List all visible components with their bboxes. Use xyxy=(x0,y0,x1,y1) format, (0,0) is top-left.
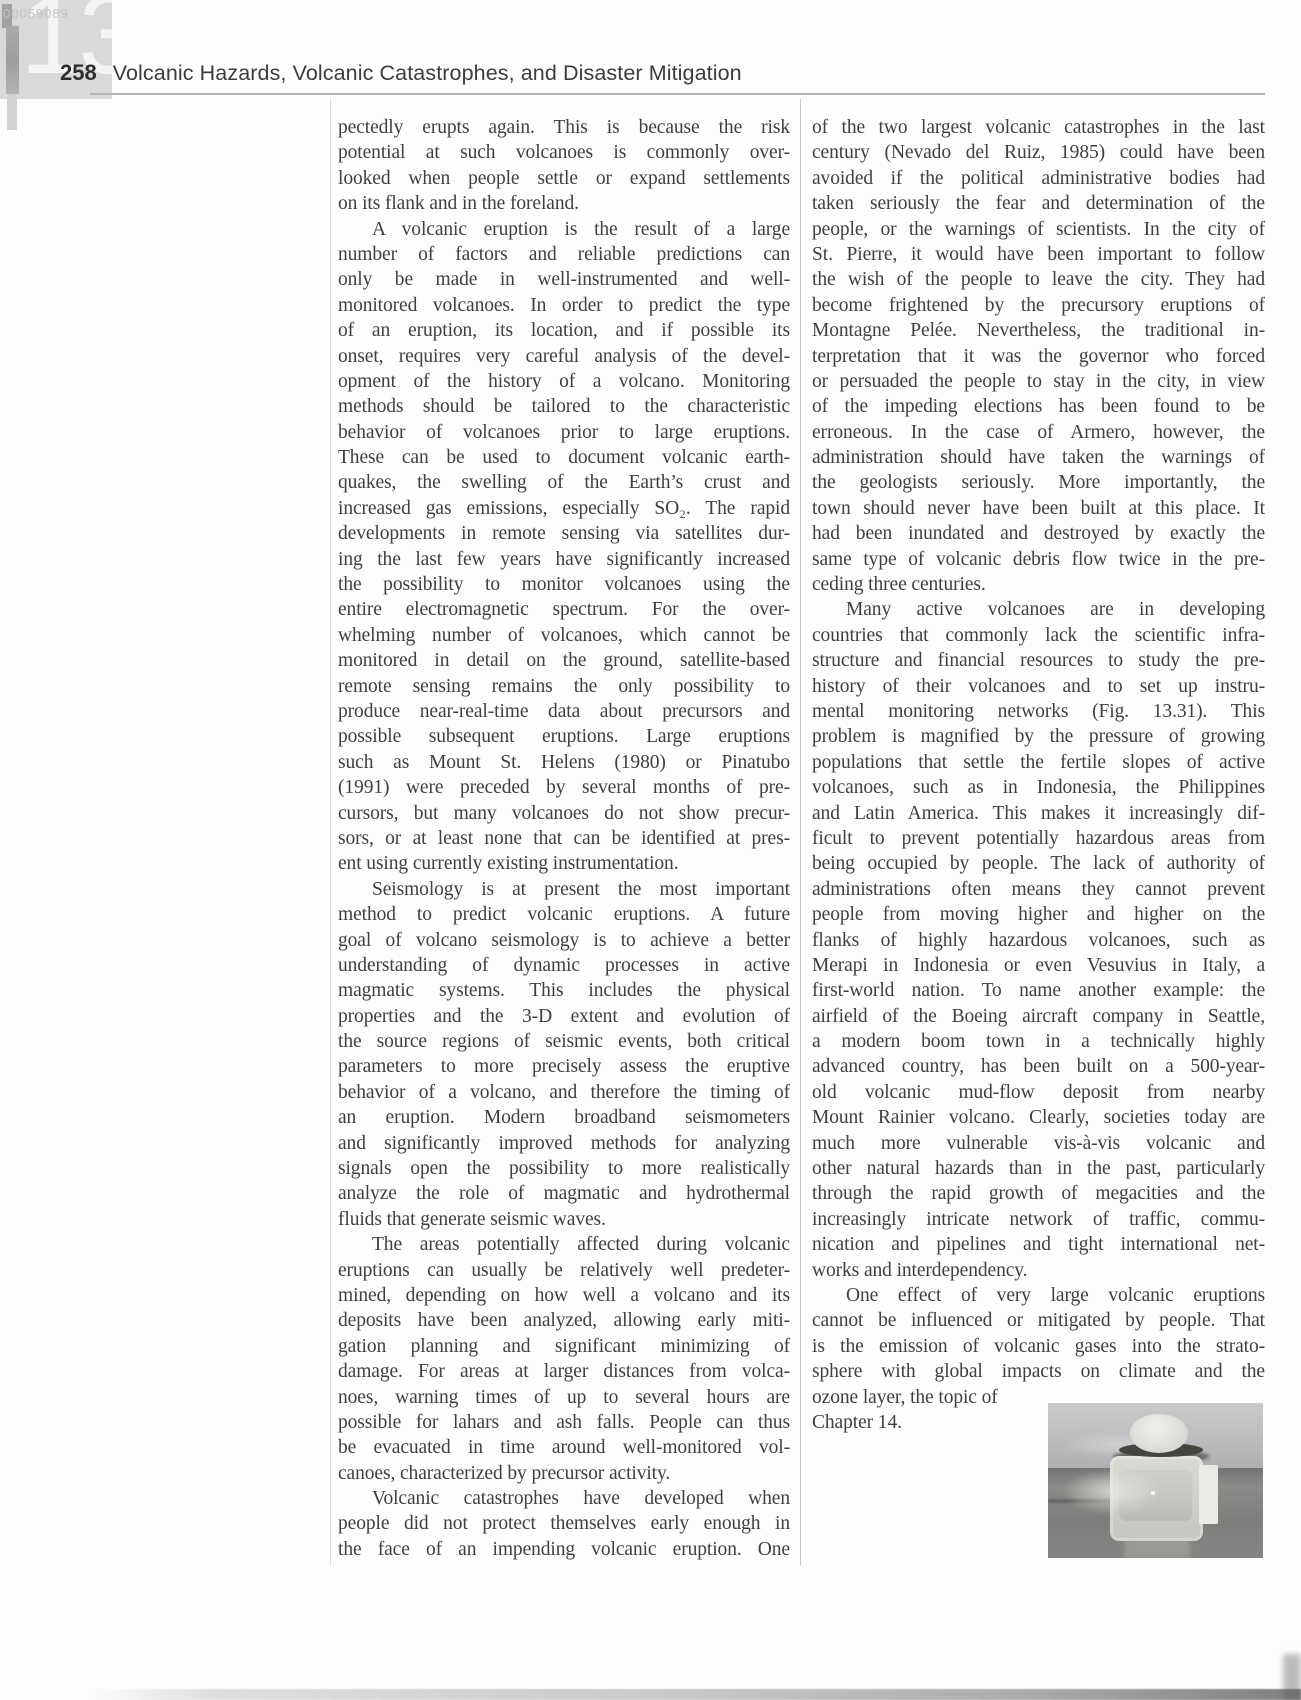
text-line: of an eruption, its location, and if pos… xyxy=(338,318,790,343)
text-line: looked when people settle or expand sett… xyxy=(338,166,790,191)
left-text-column: pectedly erupts again. This is because t… xyxy=(338,115,790,1562)
text-line: first-world nation. To name another exam… xyxy=(812,978,1265,1003)
page-title: Volcanic Hazards, Volcanic Catastrophes,… xyxy=(113,61,742,86)
text-line: behavior of volcanoes prior to large eru… xyxy=(338,420,790,445)
text-line: being occupied by people. The lack of au… xyxy=(812,851,1265,876)
text-line: countries that commonly lack the scienti… xyxy=(812,623,1265,648)
text-line: on its flank and in the foreland. xyxy=(338,191,790,216)
text-line: taken seriously the fear and determinati… xyxy=(812,191,1265,216)
bottom-scan-shadow xyxy=(88,1689,1301,1700)
text-line: works and interdependency. xyxy=(812,1258,1265,1283)
text-line: the face of an impending volcanic erupti… xyxy=(338,1537,790,1562)
text-line: people did not protect themselves early … xyxy=(338,1511,790,1536)
text-line: advanced country, has been built on a 50… xyxy=(812,1054,1265,1079)
text-line: ent using currently existing instrumenta… xyxy=(338,851,790,876)
text-line: increasingly intricate network of traffi… xyxy=(812,1207,1265,1232)
text-line: developments in remote sensing via satel… xyxy=(338,521,790,546)
text-line: other natural hazards than in the past, … xyxy=(812,1156,1265,1181)
text-line: people, or the warnings of scientists. I… xyxy=(812,217,1265,242)
photo-haze xyxy=(1061,1468,1164,1515)
text-line: fluids that generate seismic waves. xyxy=(338,1207,790,1232)
text-line: The areas potentially affected during vo… xyxy=(338,1232,790,1257)
text-line: mental monitoring networks (Fig. 13.31).… xyxy=(812,699,1265,724)
text-line: (1991) were preceded by several months o… xyxy=(338,775,790,800)
text-line: avoided if the political administrative … xyxy=(812,166,1265,191)
text-line: become frightened by the precursory erup… xyxy=(812,293,1265,318)
text-line: entire electromagnetic spectrum. For the… xyxy=(338,597,790,622)
text-line: the source regions of seismic events, bo… xyxy=(338,1029,790,1054)
field-instrument-photo xyxy=(1048,1403,1263,1558)
text-line: methods should be tailored to the charac… xyxy=(338,394,790,419)
text-line: erroneous. In the case of Armero, howeve… xyxy=(812,420,1265,445)
text-line: ceding three centuries. xyxy=(812,572,1265,597)
text-line: magmatic systems. This includes the phys… xyxy=(338,978,790,1003)
binding-shadow-strip xyxy=(6,26,19,94)
text-line: populations that settle the fertile slop… xyxy=(812,750,1265,775)
text-line: Volcanic catastrophes have developed whe… xyxy=(338,1486,790,1511)
text-line: canoes, characterized by precursor activ… xyxy=(338,1461,790,1486)
text-line: increased gas emissions, especially SO₂.… xyxy=(338,496,790,521)
header-rule xyxy=(90,93,1265,95)
text-line: century (Nevado del Ruiz, 1985) could ha… xyxy=(812,140,1265,165)
text-line: people from moving higher and higher on … xyxy=(812,902,1265,927)
book-page: 13 00059089 258 Volcanic Hazards, Volcan… xyxy=(0,0,1301,1700)
text-line: had been inundated and destroyed by exac… xyxy=(812,521,1265,546)
text-line: possible subsequent eruptions. Large eru… xyxy=(338,724,790,749)
text-line: onset, requires very careful analysis of… xyxy=(338,344,790,369)
text-line: an eruption. Modern broadband seismomete… xyxy=(338,1105,790,1130)
text-line: One effect of very large volcanic erupti… xyxy=(812,1283,1265,1308)
text-line: behavior of a volcano, and therefore the… xyxy=(338,1080,790,1105)
text-line: sors, or at least none that can be ident… xyxy=(338,826,790,851)
text-line: These can be used to document volcanic e… xyxy=(338,445,790,470)
text-line: administration should have taken the war… xyxy=(812,445,1265,470)
page-number: 258 xyxy=(60,60,97,86)
text-line: cursors, but many volcanoes do not show … xyxy=(338,801,790,826)
text-line: cannot be influenced or mitigated by peo… xyxy=(812,1308,1265,1333)
photo-helmet xyxy=(1130,1414,1188,1453)
text-line: sphere with global impacts on climate an… xyxy=(812,1359,1265,1384)
text-line: town should never have been built at thi… xyxy=(812,496,1265,521)
scan-stamp: 00059089 xyxy=(3,6,69,21)
text-line: only be made in well-instrumented and we… xyxy=(338,267,790,292)
text-line: possible for lahars and ash falls. Peopl… xyxy=(338,1410,790,1435)
text-line: structure and financial resources to stu… xyxy=(812,648,1265,673)
text-line: or persuaded the people to stay in the c… xyxy=(812,369,1265,394)
text-line: noes, warning times of up to several hou… xyxy=(338,1385,790,1410)
text-line: administrations often means they cannot … xyxy=(812,877,1265,902)
text-line: Mount Rainier volcano. Clearly, societie… xyxy=(812,1105,1265,1130)
text-line: remote sensing remains the only possibil… xyxy=(338,674,790,699)
text-line: gation planning and significant minimizi… xyxy=(338,1334,790,1359)
text-line: analyze the role of magmatic and hydroth… xyxy=(338,1181,790,1206)
photo-pack-flap xyxy=(1199,1465,1218,1524)
text-line: Seismology is at present the most import… xyxy=(338,877,790,902)
text-line: a modern boom town in a technically high… xyxy=(812,1029,1265,1054)
text-line: be evacuated in time around well-monitor… xyxy=(338,1435,790,1460)
text-line: Many active volcanoes are in developing xyxy=(812,597,1265,622)
text-line: through the rapid growth of megacities a… xyxy=(812,1181,1265,1206)
text-line: deposits have been analyzed, allowing ea… xyxy=(338,1308,790,1333)
text-line: eruptions can usually be relatively well… xyxy=(338,1258,790,1283)
text-line: quakes, the swelling of the Earth’s crus… xyxy=(338,470,790,495)
text-line: and significantly improved methods for a… xyxy=(338,1131,790,1156)
bottom-corner-shadow xyxy=(1283,1654,1301,1700)
text-line: of the two largest volcanic catastrophes… xyxy=(812,115,1265,140)
text-line: opment of the history of a volcano. Moni… xyxy=(338,369,790,394)
text-line: the geologists seriously. More important… xyxy=(812,470,1265,495)
text-line: Montagne Pelée. Nevertheless, the tradit… xyxy=(812,318,1265,343)
text-line: produce near-real-time data about precur… xyxy=(338,699,790,724)
text-line: volcanoes, such as in Indonesia, the Phi… xyxy=(812,775,1265,800)
text-line: method to predict volcanic eruptions. A … xyxy=(338,902,790,927)
text-line: understanding of dynamic processes in ac… xyxy=(338,953,790,978)
text-line: problem is magnified by the pressure of … xyxy=(812,724,1265,749)
text-line: history of their volcanoes and to set up… xyxy=(812,674,1265,699)
text-line: such as Mount St. Helens (1980) or Pinat… xyxy=(338,750,790,775)
text-line: properties and the 3-D extent and evolut… xyxy=(338,1004,790,1029)
text-line: mined, depending on how well a volcano a… xyxy=(338,1283,790,1308)
text-line: ing the last few years have significantl… xyxy=(338,547,790,572)
text-line: of the impeding elections has been found… xyxy=(812,394,1265,419)
text-line: pectedly erupts again. This is because t… xyxy=(338,115,790,140)
text-line: number of factors and reliable predictio… xyxy=(338,242,790,267)
right-text-column: of the two largest volcanic catastrophes… xyxy=(812,115,1265,1435)
text-line: nication and pipelines and tight interna… xyxy=(812,1232,1265,1257)
text-line: ficult to prevent potentially hazardous … xyxy=(812,826,1265,851)
left-margin-scan-line xyxy=(330,99,331,1566)
text-line: St. Pierre, it would have been important… xyxy=(812,242,1265,267)
text-line: A volcanic eruption is the result of a l… xyxy=(338,217,790,242)
text-line: airfield of the Boeing aircraft company … xyxy=(812,1004,1265,1029)
text-line: flanks of highly hazardous volcanoes, su… xyxy=(812,928,1265,953)
column-divider-line xyxy=(800,99,801,1566)
text-line: is the emission of volcanic gases into t… xyxy=(812,1334,1265,1359)
text-line: old volcanic mud-flow deposit from nearb… xyxy=(812,1080,1265,1105)
text-line: and Latin America. This makes it increas… xyxy=(812,801,1265,826)
text-line: monitored in detail on the ground, satel… xyxy=(338,648,790,673)
text-line: potential at such volcanoes is commonly … xyxy=(338,140,790,165)
text-line: damage. For areas at larger distances fr… xyxy=(338,1359,790,1384)
text-line: Merapi in Indonesia or even Vesuvius in … xyxy=(812,953,1265,978)
text-line: the wish of the people to leave the city… xyxy=(812,267,1265,292)
text-line: monitored volcanoes. In order to predict… xyxy=(338,293,790,318)
running-header: 258 Volcanic Hazards, Volcanic Catastrop… xyxy=(60,60,742,86)
binding-shadow-strip xyxy=(7,94,17,130)
text-line: much more vulnerable vis-à-vis volcanic … xyxy=(812,1131,1265,1156)
text-line: the possibility to monitor volcanoes usi… xyxy=(338,572,790,597)
text-line: whelming number of volcanoes, which cann… xyxy=(338,623,790,648)
text-line: parameters to more precisely assess the … xyxy=(338,1054,790,1079)
text-line: signals open the possibility to more rea… xyxy=(338,1156,790,1181)
text-line: goal of volcano seismology is to achieve… xyxy=(338,928,790,953)
text-line: same type of volcanic debris flow twice … xyxy=(812,547,1265,572)
text-line: terpretation that it was the governor wh… xyxy=(812,344,1265,369)
